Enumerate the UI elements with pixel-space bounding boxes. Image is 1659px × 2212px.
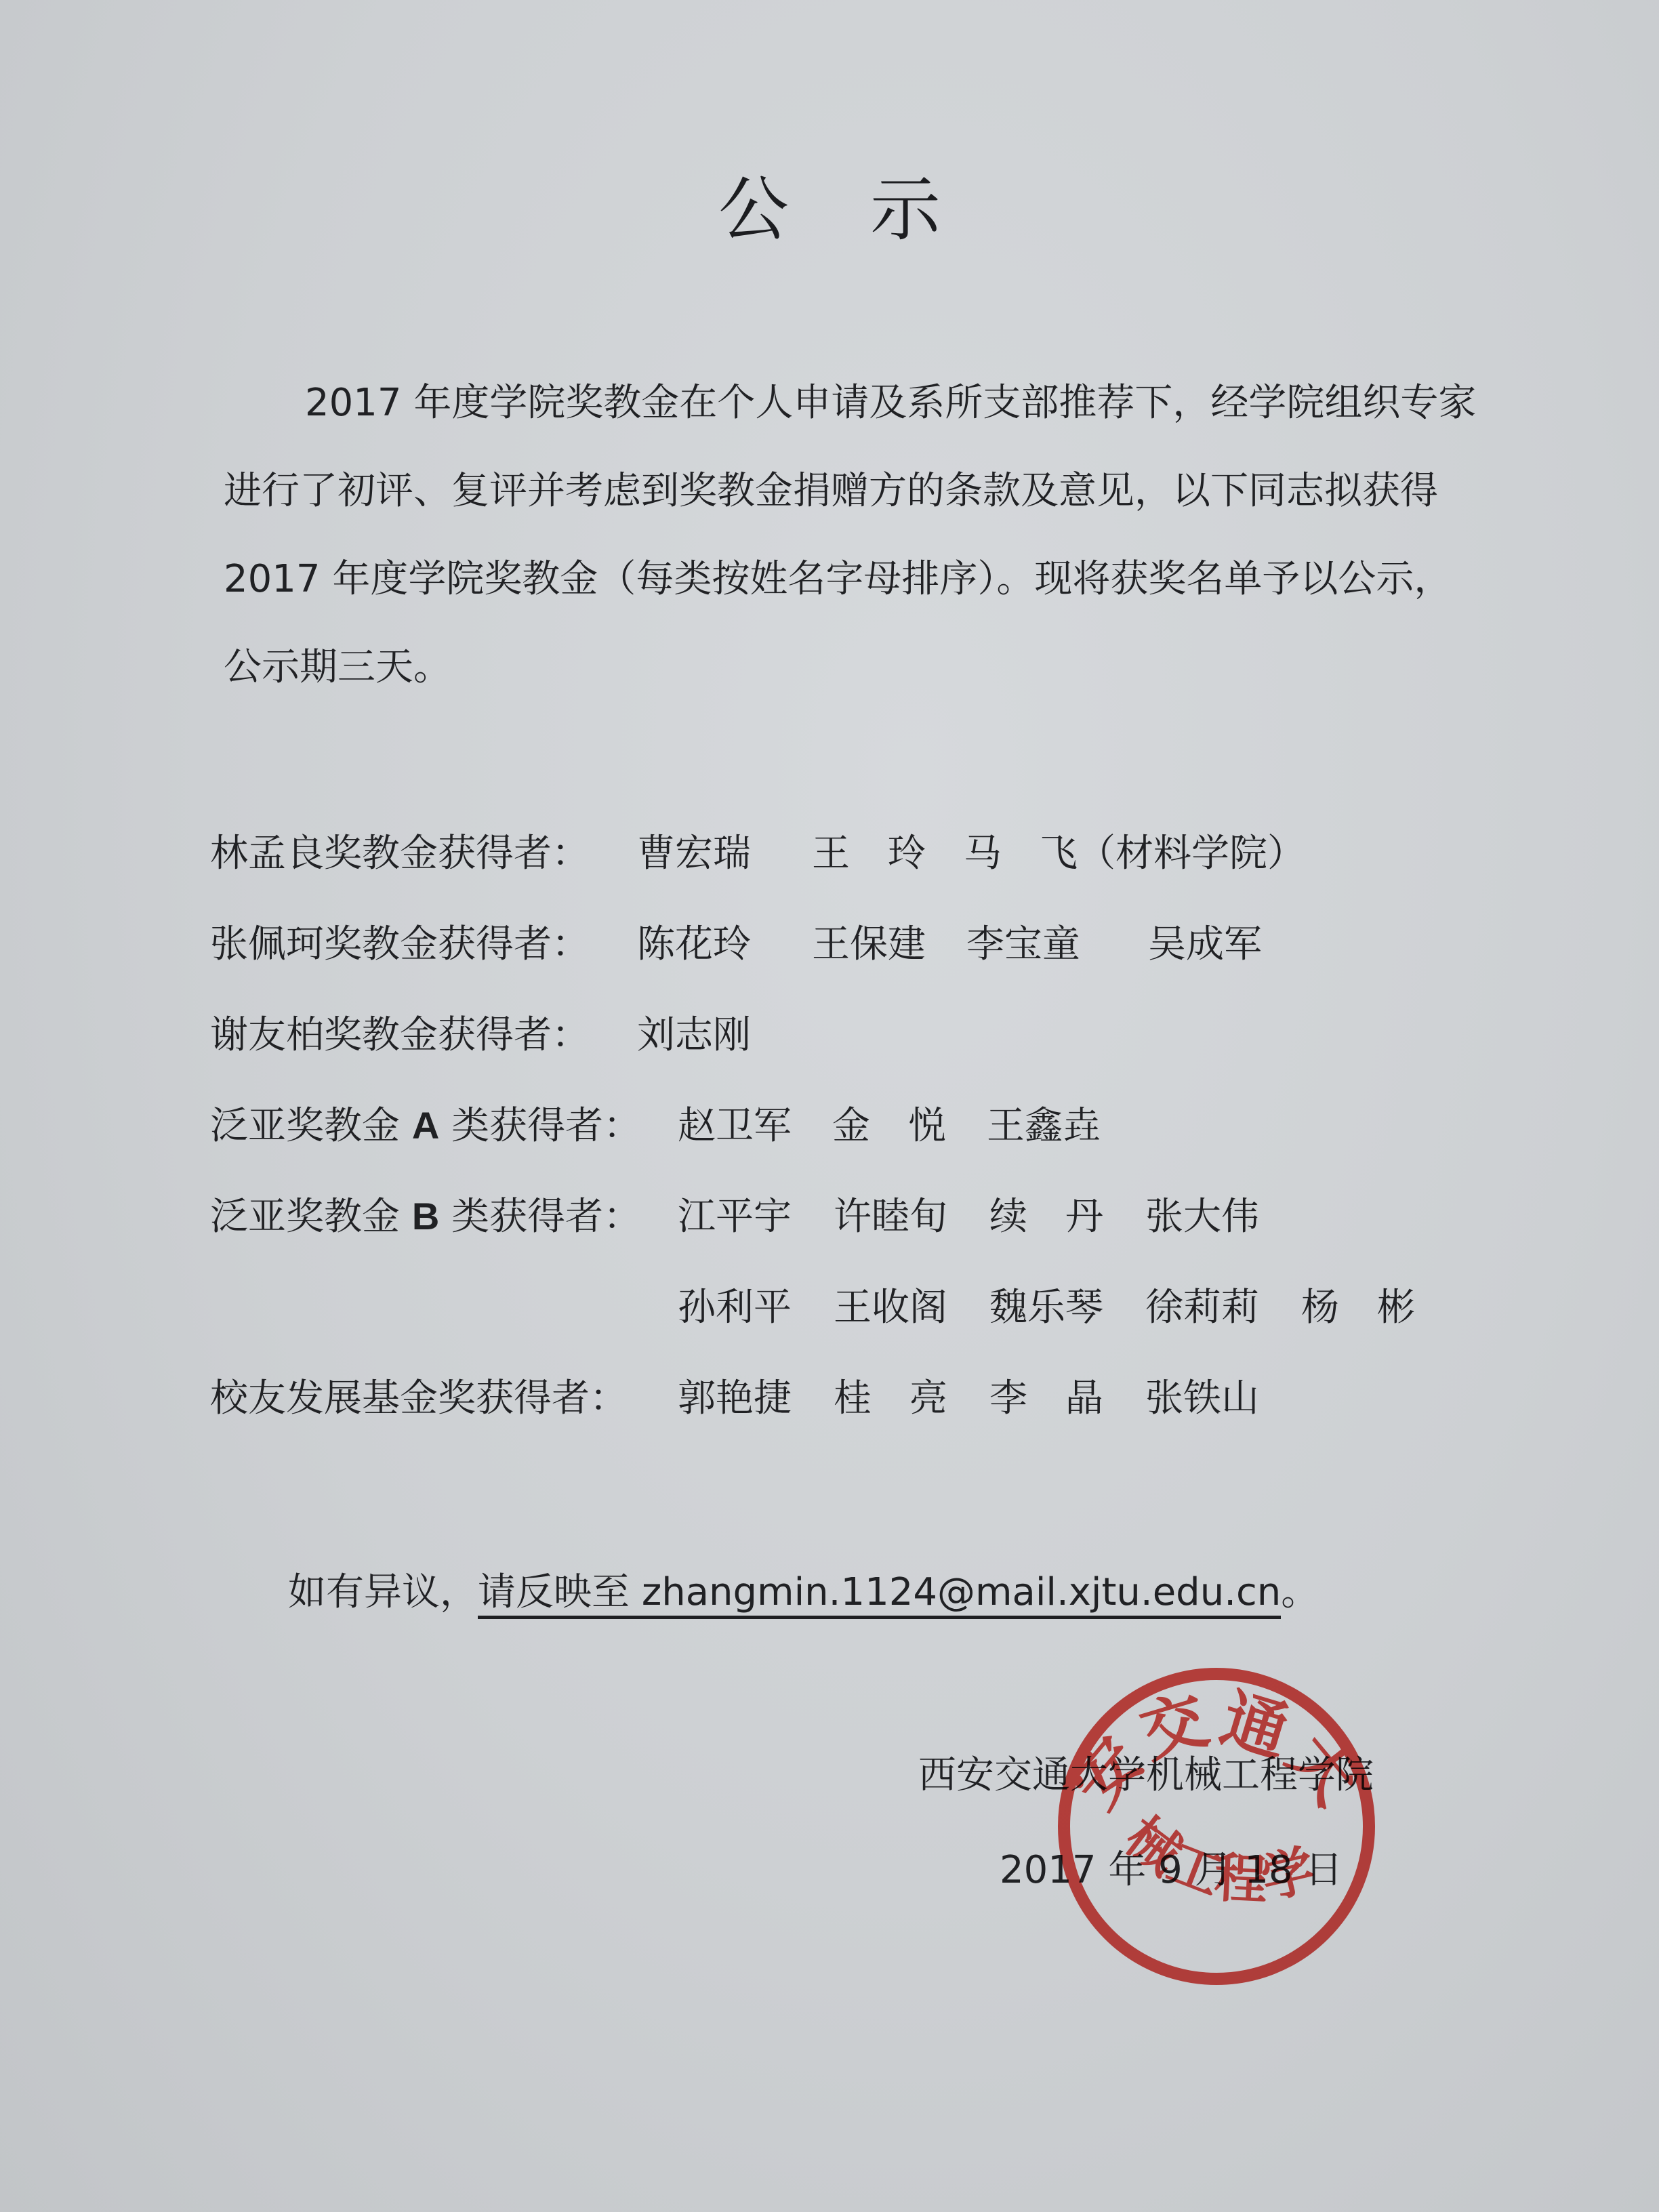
award-names: 陈花玲 王保建 李宝童 吴成军	[637, 914, 1320, 968]
contact-prefix: 如有异议，	[288, 1570, 478, 1614]
award-row-fanya-b-continued: 孙利平 王收阁 魏乐琴 徐莉莉 杨 彬	[210, 1277, 1473, 1368]
recipient-name: 赵卫军	[678, 1096, 792, 1150]
award-label: 校友发展基金奖获得者：	[210, 1368, 678, 1422]
award-names: 刘志刚	[637, 1005, 809, 1059]
official-seal-icon: 西安交通大学 机械工程学院	[1047, 1657, 1386, 1996]
award-names: 赵卫军 金 悦 王鑫垚	[678, 1096, 1159, 1150]
page-title: 公示	[0, 152, 1659, 254]
award-row-zhangpeike: 张佩珂奖教金获得者： 陈花玲 王保建 李宝童 吴成军	[210, 914, 1473, 1005]
recipient-name: 李 晶	[989, 1368, 1103, 1422]
recipient-name: 张大伟	[1145, 1187, 1259, 1241]
recipient-name: 马 飞	[964, 823, 1078, 878]
recipient-name: 杨 彬	[1301, 1277, 1415, 1332]
paragraph-line: 进行了初评、复评并考虑到奖教金捐赠方的条款及意见，以下同志拟获得	[224, 447, 1538, 535]
contact-email-link[interactable]: 请反映至 zhangmin.1124@mail.xjtu.edu.cn	[478, 1570, 1281, 1619]
award-row-linmengliang: 林孟良奖教金获得者： 曹宏瑞 王 玲 马 飞 （材料学院）	[210, 823, 1473, 914]
recipient-name: 王 玲	[812, 823, 926, 878]
recipient-name: 曹宏瑞	[637, 823, 751, 878]
award-label: 张佩珂奖教金获得者：	[210, 914, 637, 968]
recipient-name: 李宝童	[966, 914, 1080, 968]
recipient-name: 刘志刚	[637, 1005, 751, 1059]
recipient-name: 王保建	[812, 914, 926, 968]
recipient-name: 魏乐琴	[989, 1277, 1103, 1332]
award-label: 泛亚奖教金 B 类获得者：	[210, 1187, 678, 1241]
award-names: 曹宏瑞 王 玲 马 飞 （材料学院）	[637, 823, 1305, 878]
award-row-alumni-fund: 校友发展基金奖获得者： 郭艳捷 桂 亮 李 晶 张铁山	[210, 1368, 1473, 1459]
intro-paragraph: 2017 年度学院奖教金在个人申请及系所支部推荐下，经学院组织专家 进行了初评、…	[224, 359, 1538, 712]
recipient-note: （材料学院）	[1078, 823, 1305, 878]
award-row-fanya-a: 泛亚奖教金 A 类获得者： 赵卫军 金 悦 王鑫垚	[210, 1096, 1473, 1187]
paragraph-line: 2017 年度学院奖教金在个人申请及系所支部推荐下，经学院组织专家	[224, 359, 1538, 447]
recipient-name: 桂 亮	[834, 1368, 947, 1422]
svg-text:西安交通大学: 西安交通大学	[1047, 1657, 1376, 1822]
award-names: 江平宇 许睦旬 续 丹 张大伟	[678, 1187, 1317, 1241]
recipient-name: 江平宇	[678, 1187, 792, 1241]
recipient-name: 续 丹	[989, 1187, 1103, 1241]
contact-suffix: 。	[1281, 1570, 1319, 1614]
award-names: 郭艳捷 桂 亮 李 晶 张铁山	[678, 1368, 1317, 1422]
award-label: 泛亚奖教金 A 类获得者：	[210, 1096, 678, 1150]
recipient-name: 金 悦	[832, 1096, 946, 1150]
award-names: 孙利平 王收阁 魏乐琴 徐莉莉 杨 彬	[678, 1277, 1473, 1332]
recipient-name: 王鑫垚	[987, 1096, 1101, 1150]
paragraph-line: 公示期三天。	[224, 623, 1538, 712]
recipient-name: 陈花玲	[637, 914, 751, 968]
recipient-name: 许睦旬	[834, 1187, 947, 1241]
award-row-xieyoubai: 谢友柏奖教金获得者： 刘志刚	[210, 1005, 1473, 1096]
award-label: 林孟良奖教金获得者：	[210, 823, 637, 878]
recipient-name: 张铁山	[1145, 1368, 1259, 1422]
paragraph-line: 2017 年度学院奖教金（每类按姓名字母排序）。现将获奖名单予以公示，	[224, 535, 1538, 623]
recipient-name: 孙利平	[678, 1277, 792, 1332]
recipient-name: 郭艳捷	[678, 1368, 792, 1422]
notice-document: 公示 2017 年度学院奖教金在个人申请及系所支部推荐下，经学院组织专家 进行了…	[0, 0, 1659, 2212]
recipient-name: 吴成军	[1148, 914, 1262, 968]
award-list: 林孟良奖教金获得者： 曹宏瑞 王 玲 马 飞 （材料学院） 张佩珂奖教金获得者：…	[210, 823, 1473, 1459]
award-row-fanya-b: 泛亚奖教金 B 类获得者： 江平宇 许睦旬 续 丹 张大伟	[210, 1187, 1473, 1277]
recipient-name: 王收阁	[834, 1277, 947, 1332]
award-label: 谢友柏奖教金获得者：	[210, 1005, 637, 1059]
recipient-name: 徐莉莉	[1145, 1277, 1259, 1332]
contact-line: 如有异议，请反映至 zhangmin.1124@mail.xjtu.edu.cn…	[288, 1562, 1319, 1616]
